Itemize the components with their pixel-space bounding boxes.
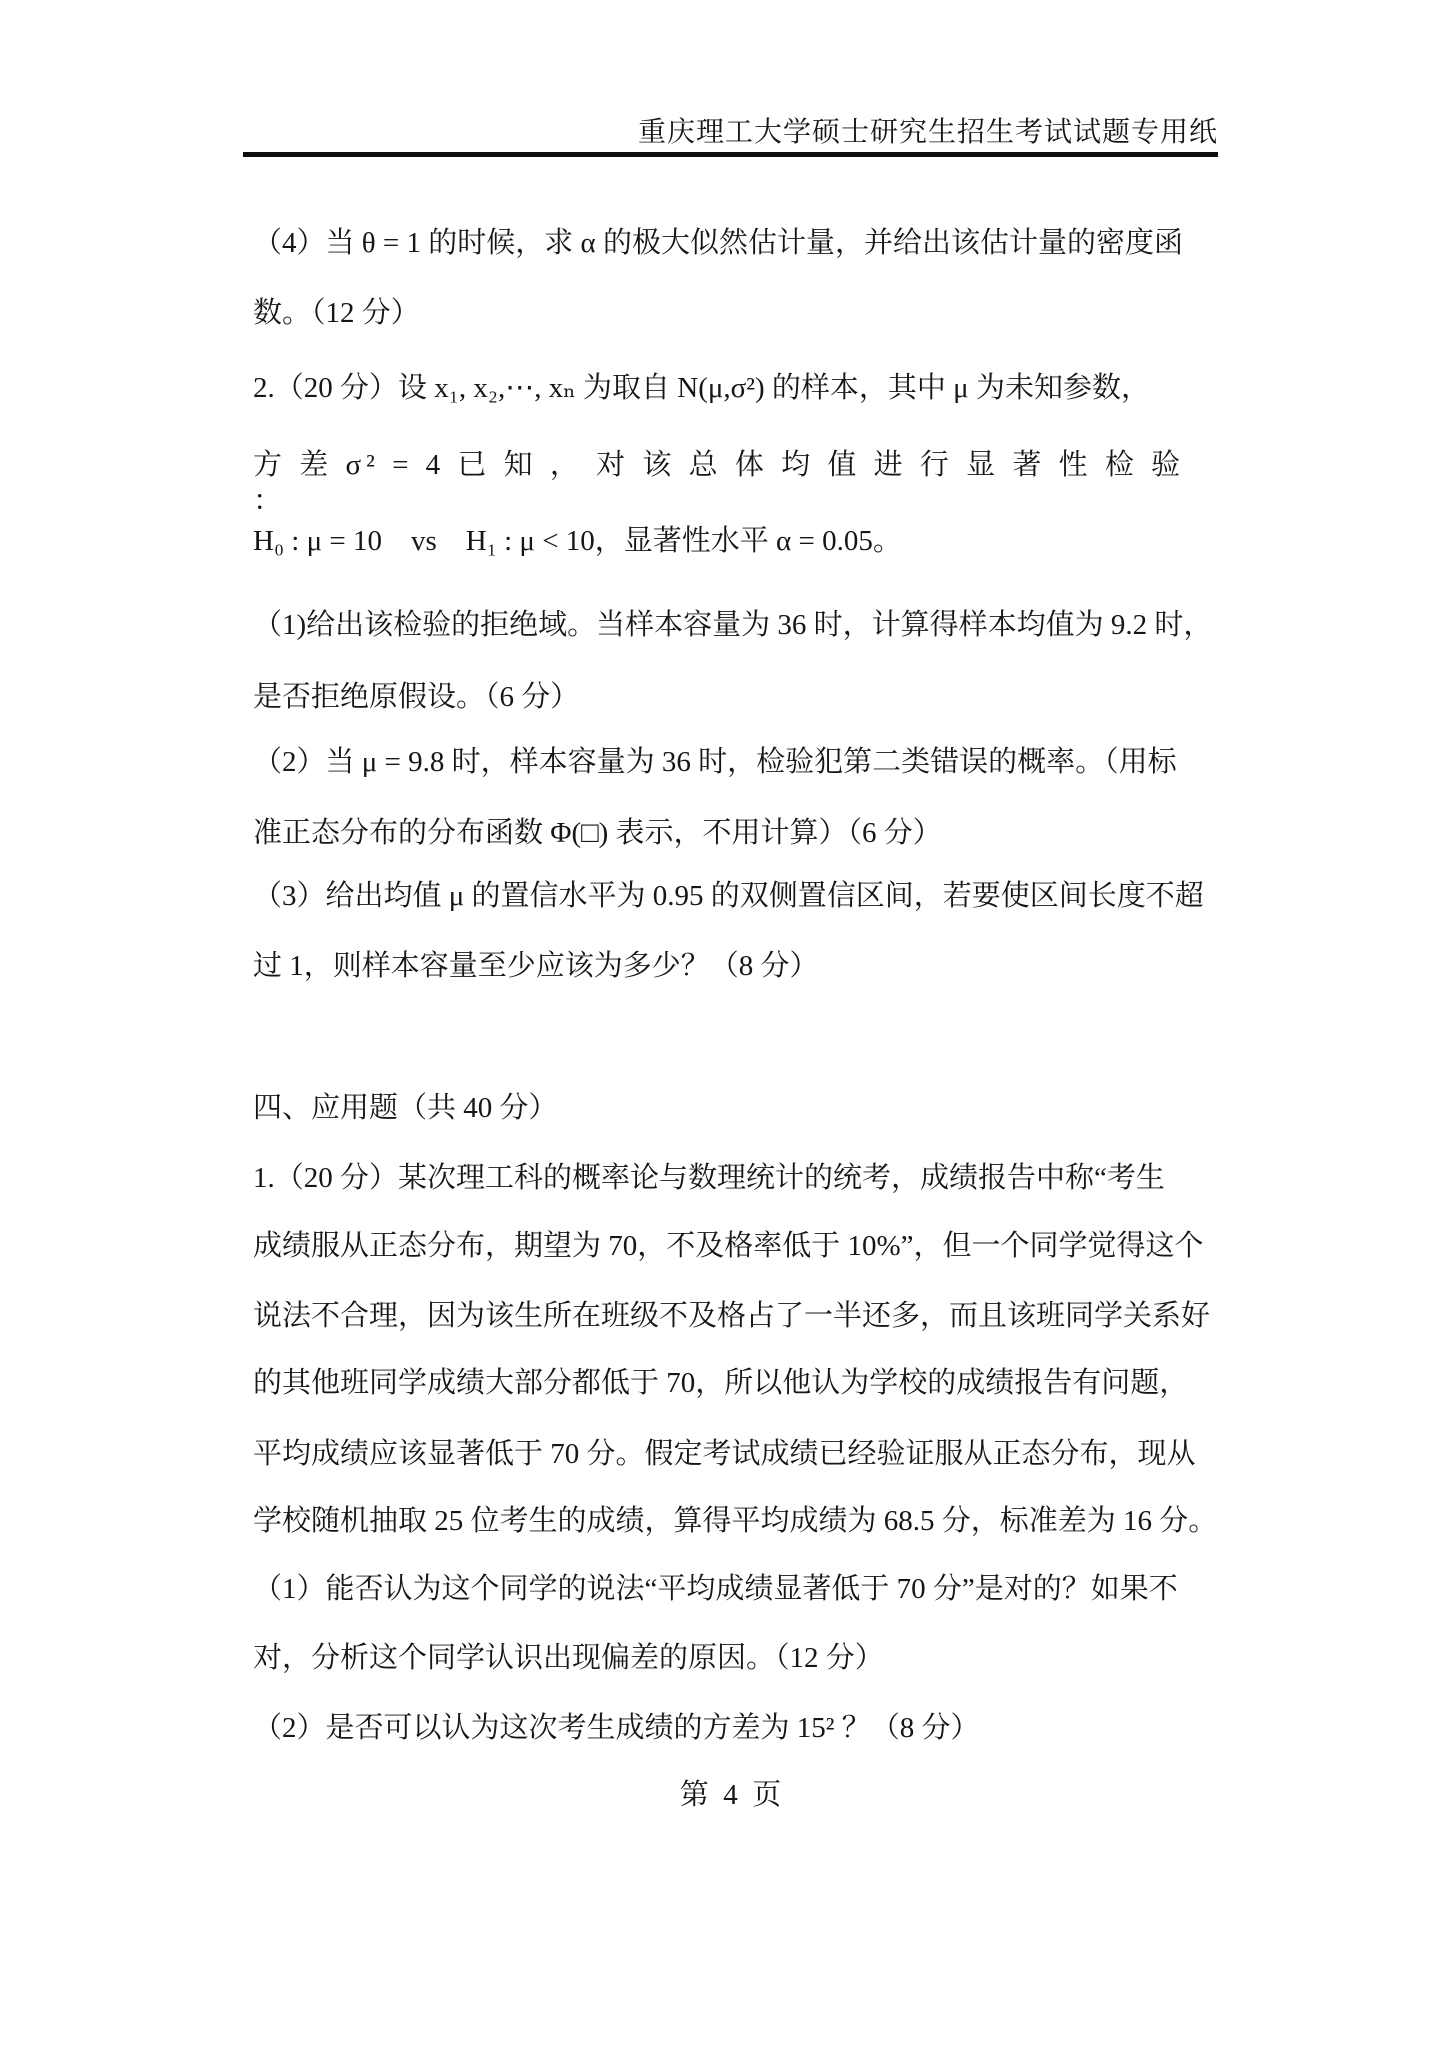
section-heading: 四、应用题（共 40 分） bbox=[253, 1090, 1228, 1126]
text-line: 方 差 σ² = 4 已 知 ， 对 该 总 体 均 值 进 行 显 著 性 检… bbox=[253, 447, 1228, 519]
text-line: （1)给出该检验的拒绝域。当样本容量为 36 时，计算得样本均值为 9.2 时， bbox=[253, 607, 1228, 643]
text-line: 学校随机抽取 25 位考生的成绩，算得平均成绩为 68.5 分，标准差为 16 … bbox=[253, 1503, 1228, 1539]
text-line: 过 1，则样本容量至少应该为多少？（8 分） bbox=[253, 948, 1228, 984]
page-header-title: 重庆理工大学硕士研究生招生考试试题专用纸 bbox=[243, 110, 1218, 150]
text-line: 平均成绩应该显著低于 70 分。假定考试成绩已经验证服从正态分布，现从 bbox=[253, 1436, 1228, 1472]
text-line: （1）能否认为这个同学的说法“平均成绩显著低于 70 分”是对的？如果不 bbox=[253, 1571, 1228, 1607]
footer-page-number: 第 4 页 bbox=[243, 1772, 1218, 1813]
text-line: 是否拒绝原假设。（6 分） bbox=[253, 679, 1228, 715]
exam-paper-page: 重庆理工大学硕士研究生招生考试试题专用纸 （4）当 θ = 1 的时候，求 α … bbox=[0, 0, 1449, 2046]
text-line: 的其他班同学成绩大部分都低于 70，所以他认为学校的成绩报告有问题， bbox=[253, 1365, 1228, 1401]
text-line: 数。（12 分） bbox=[253, 295, 1228, 331]
text-line: 成绩服从正态分布，期望为 70，不及格率低于 10%”，但一个同学觉得这个 bbox=[253, 1228, 1228, 1264]
text-line: 1.（20 分）某次理工科的概率论与数理统计的统考，成绩报告中称“考生 bbox=[253, 1160, 1228, 1196]
text-line: （4）当 θ = 1 的时候，求 α 的极大似然估计量，并给出该估计量的密度函 bbox=[253, 225, 1228, 261]
text-line: 2.（20 分）设 x₁, x₂,⋯, xₙ 为取自 N(μ,σ²) 的样本，其… bbox=[253, 370, 1228, 406]
header-divider bbox=[243, 152, 1218, 157]
text-line: 说法不合理，因为该生所在班级不及格占了一半还多，而且该班同学关系好 bbox=[253, 1298, 1228, 1334]
text-line: 对，分析这个同学认识出现偏差的原因。（12 分） bbox=[253, 1640, 1228, 1676]
text-line: （3）给出均值 μ 的置信水平为 0.95 的双侧置信区间，若要使区间长度不超 bbox=[253, 878, 1228, 914]
text-line: H₀ : μ = 10 vs H₁ : μ < 10，显著性水平 α = 0.0… bbox=[253, 523, 1228, 559]
text-line: （2）当 μ = 9.8 时，样本容量为 36 时，检验犯第二类错误的概率。（用… bbox=[253, 744, 1228, 780]
text-line: 准正态分布的分布函数 Φ(□) 表示，不用计算）（6 分） bbox=[253, 815, 1228, 851]
text-line: （2）是否可以认为这次考生成绩的方差为 15² ？（8 分） bbox=[253, 1710, 1228, 1746]
